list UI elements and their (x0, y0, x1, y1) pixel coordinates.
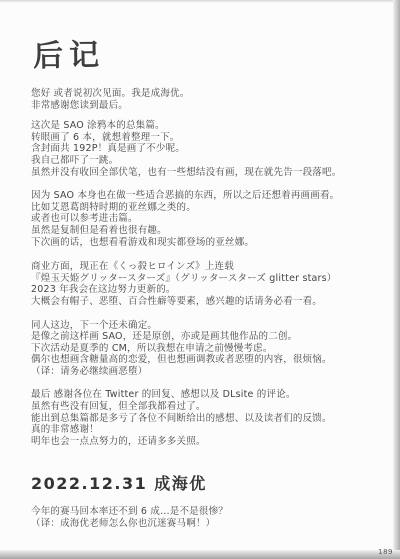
text-line: 虽然是复制但是看着也很有趣。 (31, 225, 376, 237)
scan-edge-bottom (0, 550, 400, 559)
text-line: 大概会有帽子、恶堕、百合性癖等要素，感兴趣的话请务必看一看。 (31, 296, 376, 308)
text-line: 是像之前这样画 SAO，还是原创，亦或是画其他作品的二创。 (31, 331, 376, 343)
text-line: 明年也会一点点努力的，还请多多关照。 (31, 436, 376, 448)
text-line: 偶尔也想画含糖量高的恋爱，但也想画调教或者恶堕的内容，很烦恼。 (31, 354, 376, 366)
text-line: 2023 年我会在这边努力更新的。 (31, 284, 376, 296)
text-line: 下次画的话，也想看看游戏和现实都登场的亚丝娜。 (31, 237, 376, 249)
text-line: 『煌玉天姫グリッタースターズ』（グリッタースターズ glitter stars） (31, 273, 376, 285)
text-line: 商业方面，现正在《くっ殺ヒロインズ》上连载 (31, 261, 376, 273)
paragraph-thanks: 最后 感谢各位在 Twitter 的回复、感想以及 DLsite 的评论。 虽然… (31, 389, 376, 447)
text-line: 或者也可以参考进击篇。 (31, 213, 376, 225)
page-number: 189 (378, 548, 393, 556)
afterword-page: 后记 您好 或者说初次见面。我是成海优。 非常感谢您读到最后。 这次是 SAO … (0, 0, 400, 559)
paragraph-doujin: 同人这边，下一个还未确定。 是像之前这样画 SAO，还是原创，亦或是画其他作品的… (31, 320, 376, 378)
text-line: 真的非常感谢！ (31, 424, 376, 436)
text-line: 非常感谢您读到最后。 (31, 100, 376, 112)
page-title: 后记 (33, 25, 377, 75)
text-line: 下次活动是夏季的 CM，所以我想在申请之前慢慢考虑。 (31, 343, 376, 355)
text-line: 我自己都吓了一跳。 (31, 155, 376, 167)
postscript-line: （译：成海优老师怎么你也沉迷赛马啊！） (31, 518, 376, 530)
text-line: 同人这边，下一个还未确定。 (31, 320, 376, 332)
text-line: 转眼画了 6 本，就想着整理一下。 (31, 132, 376, 144)
postscript-line: 今年的赛马回本率还不到 6 成…是不是很惨？ (31, 506, 376, 518)
text-line: 最后 感谢各位在 Twitter 的回复、感想以及 DLsite 的评论。 (31, 389, 376, 401)
text-line: 因为 SAO 本身也在做一些适合恶搞的东西，所以之后还想着再画画看。 (31, 190, 376, 202)
scan-edge-right (393, 0, 400, 559)
paragraph-collection: 这次是 SAO 涂鸦本的总集篇。 转眼画了 6 本，就想着整理一下。 含封面共 … (31, 120, 376, 178)
postscript: 今年的赛马回本率还不到 6 成…是不是很惨？ （译：成海优老师怎么你也沉迷赛马啊… (31, 506, 376, 529)
scan-edge-top (0, 0, 400, 3)
paragraph-sao-plans: 因为 SAO 本身也在做一些适合恶搞的东西，所以之后还想着再画画看。 比如艾恩葛… (31, 190, 376, 248)
text-line: 这次是 SAO 涂鸦本的总集篇。 (31, 120, 376, 132)
paragraph-commercial: 商业方面，现正在《くっ殺ヒロインズ》上连载 『煌玉天姫グリッタースターズ』（グリ… (31, 261, 376, 307)
paragraph-greeting: 您好 或者说初次见面。我是成海优。 非常感谢您读到最后。 (31, 88, 376, 111)
text-line: 能出到总集篇都是多亏了各位不间断给出的感想、以及读者们的反馈。 (31, 413, 376, 425)
text-line: 您好 或者说初次见面。我是成海优。 (31, 88, 376, 100)
text-line: 比如艾恩葛朗特时期的亚丝娜之类的。 (31, 202, 376, 214)
text-line: 含封面共 192P！真是画了不少呢。 (31, 143, 376, 155)
text-line: 虽然有些没有回复，但全部我都看过了。 (31, 401, 376, 413)
signature-date-author: 2022.12.31 成海优 (31, 471, 376, 494)
text-line: 虽然并没有收回全部伏笔，也有一些想结没有画，现在就先告一段落吧。 (31, 167, 376, 179)
text-line: （译：请务必继续画恶堕） (31, 366, 376, 378)
